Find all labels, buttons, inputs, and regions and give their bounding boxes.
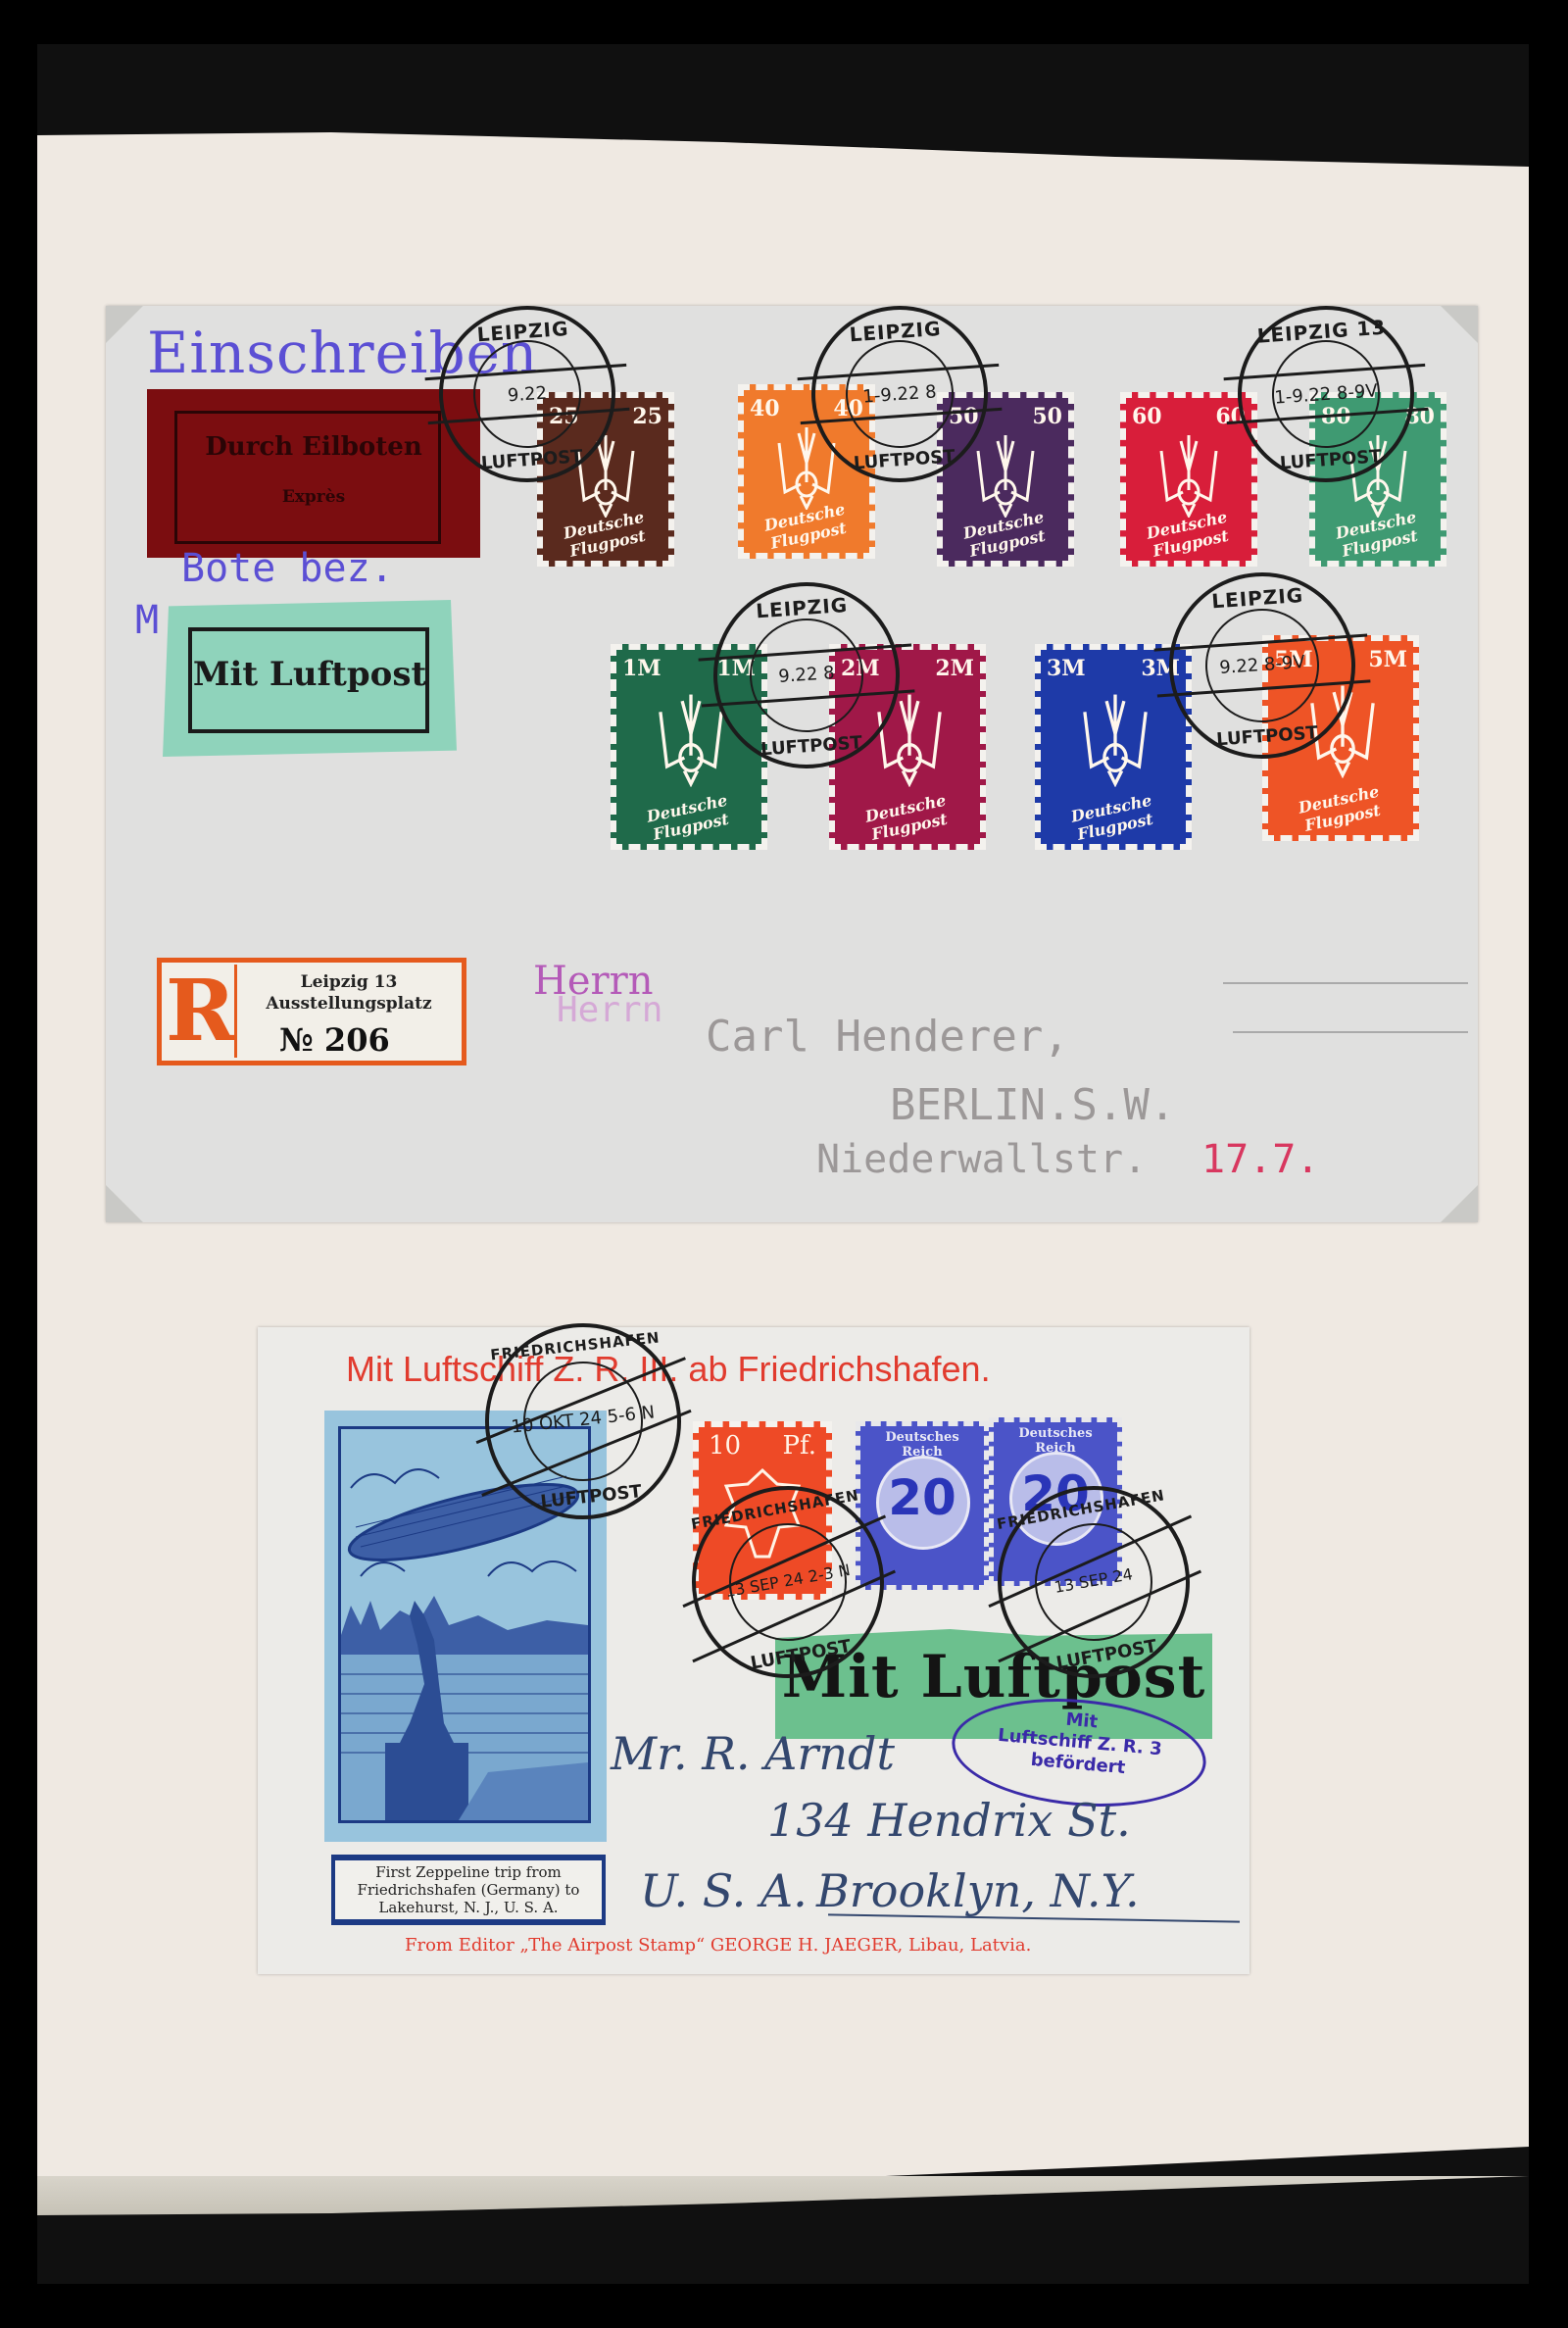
stamp-caption: Deutsche Flugpost xyxy=(833,784,983,851)
photo-corner xyxy=(1441,306,1478,343)
zeppelin-flight-cover: Mit Luftschiff Z. R. III. ab Friedrichsh… xyxy=(258,1327,1249,1974)
stamp-value-right: 5M xyxy=(1368,647,1407,672)
airmail-label: Mit Luftpost xyxy=(163,600,457,757)
airmail-stamp-60: 6060Deutsche Flugpost xyxy=(1120,392,1257,567)
stamp-value-right: 25 xyxy=(632,404,662,429)
address-street: Niederwallstr. xyxy=(816,1137,1147,1182)
postmark-leipzig: LEIPZIG9.22 8LUFTPOST xyxy=(708,576,906,775)
publisher-footer: From Editor „The Airpost Stamp“ GEORGE H… xyxy=(405,1935,1031,1956)
registration-number: № 206 xyxy=(279,1021,390,1059)
postmark-leipzig: LEIPZIG9.22 8-9VLUFTPOST xyxy=(1163,567,1362,766)
stamp-value-left: 1M xyxy=(622,656,661,681)
express-delivery-label: Durch Eilboten Exprès xyxy=(147,389,480,558)
postmark-bottom: LUFTPOST xyxy=(497,1477,686,1517)
handwritten-recipient: Mr. R. Arndt xyxy=(611,1727,895,1780)
photo-corner xyxy=(106,1185,143,1222)
express-label-line2: Exprès xyxy=(147,487,480,507)
photo-corner xyxy=(106,306,143,343)
label-frame xyxy=(174,411,441,544)
handwritten-city: Brooklyn, N.Y. xyxy=(816,1864,1140,1917)
postmark-leipzig: LEIPZIG1-9.22 8LUFTPOST xyxy=(806,300,994,488)
stamp-caption: Deutsche Flugpost xyxy=(614,784,764,851)
handwritten-street: 134 Hendrix St. xyxy=(767,1794,1131,1847)
postmark-leipzig: LEIPZIG 131-9.22 8-9VLUFTPOST xyxy=(1232,300,1420,488)
address-name: Carl Henderer, xyxy=(706,1012,1069,1062)
postmark-town: FRIEDRICHSHAFEN xyxy=(481,1327,670,1364)
address-rule xyxy=(1223,982,1468,984)
stamp-value-right: 2M xyxy=(935,656,974,681)
stamp-value-left: 60 xyxy=(1132,404,1162,429)
registration-letter: R xyxy=(166,965,237,1058)
vignette-caption-box: First Zeppeline trip from Friedrichshafe… xyxy=(331,1855,606,1925)
registration-office: Leipzig 13 xyxy=(242,972,456,992)
stamp-value-right: 50 xyxy=(1032,404,1062,429)
address-street-number: 17.7. xyxy=(1201,1137,1319,1182)
stamp-value-left: 3M xyxy=(1047,656,1086,681)
postmark-friedrichshafen-oct: FRIEDRICHSHAFEN 10 OKT 24 5-6 N LUFTPOST xyxy=(475,1313,691,1529)
stamp-caption: Deutsche Flugpost xyxy=(1266,775,1416,842)
registration-label: R Leipzig 13 Ausstellungsplatz № 206 xyxy=(157,958,466,1065)
registration-location: Ausstellungsplatz xyxy=(242,994,456,1014)
stamp-value-left: 40 xyxy=(750,396,780,421)
express-label-line1: Durch Eilboten xyxy=(147,432,480,462)
stamp-value-right: Pf. xyxy=(783,1431,816,1461)
photo-corner xyxy=(1441,1185,1478,1222)
airmail-stamp-3M: 3M3MDeutsche Flugpost xyxy=(1035,644,1192,850)
wooden-dove-icon xyxy=(1153,431,1224,518)
address-salutation-typed: Herrn xyxy=(557,990,662,1030)
address-city: BERLIN.S.W. xyxy=(890,1080,1175,1130)
vignette-caption: First Zeppeline trip from Friedrichshafe… xyxy=(335,1863,602,1916)
wooden-dove-icon xyxy=(1076,689,1154,787)
registered-airmail-cover: Einschreiben Durch Eilboten Exprès Bote … xyxy=(106,306,1478,1222)
stamp-caption: Deutsche Flugpost xyxy=(1039,784,1189,851)
postmark-leipzig: LEIPZIG9.22LUFTPOST xyxy=(433,300,621,488)
stamp-value-left: 10 xyxy=(709,1431,741,1461)
partial-handstamp: M xyxy=(135,598,159,643)
address-rule xyxy=(1233,1031,1468,1033)
messenger-paid-handstamp: Bote bez. xyxy=(181,546,394,591)
handwritten-country: U. S. A. xyxy=(640,1864,808,1917)
airmail-label-text: Mit Luftpost xyxy=(163,655,457,694)
